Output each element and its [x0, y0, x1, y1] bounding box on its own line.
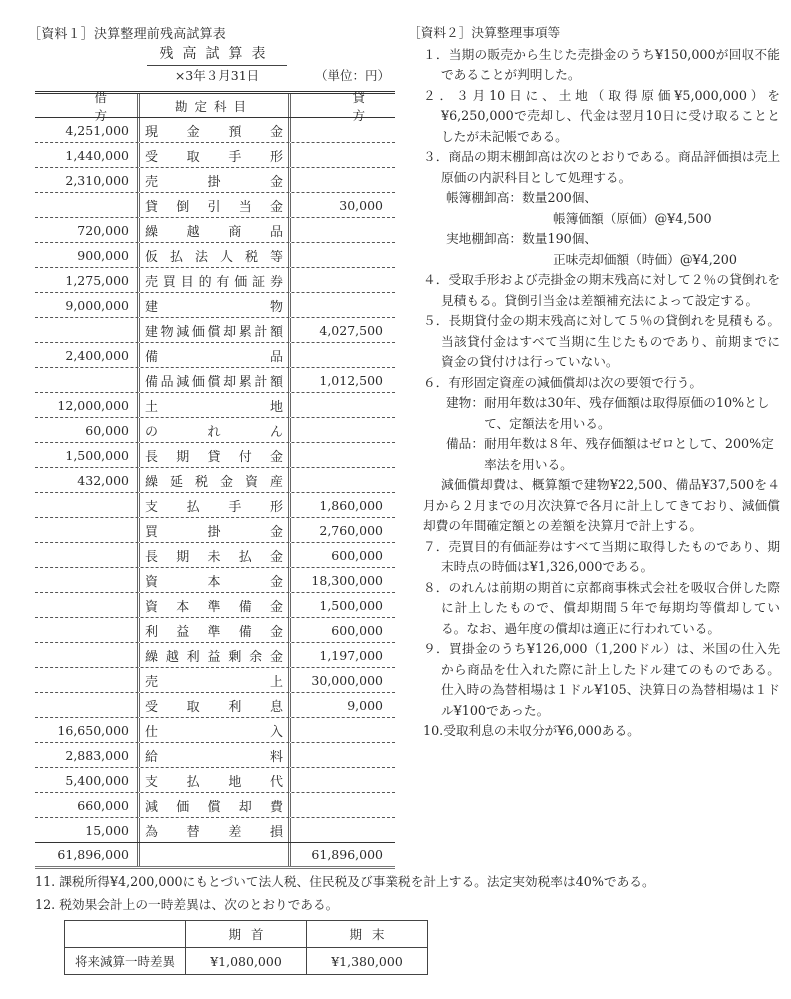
- credit-cell: [291, 293, 395, 317]
- credit-cell: [291, 243, 395, 267]
- note-text: 有形固定資産の減価償却は次の要領で行う。: [448, 375, 702, 390]
- account-cell: 備品: [137, 343, 291, 367]
- table-row: 660,000減価償却費: [35, 793, 395, 818]
- credit-cell: 600,000: [291, 618, 395, 642]
- credit-cell: [291, 743, 395, 767]
- subitem-line2: 正味売却価額（時価）@¥4,200: [446, 250, 780, 271]
- table-row: 12,000,000土地: [35, 393, 395, 418]
- debit-cell: 1,275,000: [35, 268, 137, 292]
- note-text: 受取手形および売掛金の期末残高に対して２％の貸倒れを見積もる。貸倒引当金は差額補…: [441, 272, 780, 308]
- table-row: 2,883,000給料: [35, 743, 395, 768]
- account-name: 減価償却費: [145, 796, 283, 815]
- table-row: 5,400,000支払地代: [35, 768, 395, 793]
- account-cell: 繰越利益剰余金: [137, 643, 291, 667]
- credit-cell: [291, 443, 395, 467]
- total-account: [137, 843, 291, 866]
- debit-cell: 660,000: [35, 793, 137, 817]
- material2-heading: ［資料２］決算整理事項等: [408, 23, 780, 44]
- table-row: 16,650,000仕入: [35, 718, 395, 743]
- debit-cell: [35, 668, 137, 692]
- account-cell: 長期貸付金: [137, 443, 291, 467]
- account-cell: 繰越商品: [137, 218, 291, 242]
- note-item-5: ５．長期貸付金の期末残高に対して５％の貸倒れを見積もる。当該貸付金はすべて当期に…: [408, 311, 780, 373]
- debit-cell: [35, 518, 137, 542]
- table-row: 繰越利益剰余金1,197,000: [35, 643, 395, 668]
- note-number: ８．: [423, 580, 449, 595]
- account-cell: 土地: [137, 393, 291, 417]
- debit-cell: 15,000: [35, 818, 137, 842]
- credit-cell: [291, 393, 395, 417]
- diff-row-label: 将来減算一時差異: [65, 948, 186, 975]
- subitem-line1: 耐用年数は30年、残存価額は取得原価の10%として、定額法を用いる。: [484, 393, 780, 434]
- account-name: 貸倒引当金: [145, 196, 283, 215]
- note-paragraph: 減価償却費は、概算額で建物¥22,500、備品¥37,500を４月から２月までの…: [408, 475, 780, 537]
- table-row: 長期未払金600,000: [35, 543, 395, 568]
- credit-cell: [291, 468, 395, 492]
- account-cell: 買掛金: [137, 518, 291, 542]
- debit-cell: 2,400,000: [35, 343, 137, 367]
- account-cell: 受取利息: [137, 693, 291, 717]
- credit-cell: 2,760,000: [291, 518, 395, 542]
- total-debit: 61,896,000: [35, 843, 137, 866]
- account-name: 資本準備金: [145, 596, 283, 615]
- note-item-6: ６．有形固定資産の減価償却は次の要領で行う。: [408, 373, 780, 394]
- credit-cell: [291, 718, 395, 742]
- table-row: 備品減価償却累計額1,012,500: [35, 368, 395, 393]
- account-name: 長期未払金: [145, 546, 283, 565]
- debit-cell: [35, 193, 137, 217]
- note-subitem: 備品：耐用年数は８年、残存価額はゼロとして、200%定率法を用いる。: [408, 434, 780, 475]
- note-text: 受取利息の未収分が¥6,000ある。: [443, 723, 640, 738]
- material2-notes: ［資料２］決算整理事項等 １．当期の販売から生じた売掛金のうち¥150,000が…: [408, 23, 780, 742]
- note-number: ３．: [423, 149, 449, 164]
- table-row: 1,440,000受取手形: [35, 143, 395, 168]
- account-name: 資本金: [145, 571, 283, 590]
- credit-cell: 600,000: [291, 543, 395, 567]
- debit-cell: 2,310,000: [35, 168, 137, 192]
- note-item-9: ９．買掛金のうち¥126,000（1,200ドル）は、米国の仕入先から商品を仕入…: [408, 639, 780, 721]
- debit-cell: 5,400,000: [35, 768, 137, 792]
- credit-cell: [291, 118, 395, 142]
- table-header: 借方 勘定科目 貸方: [35, 94, 395, 118]
- debit-cell: 2,883,000: [35, 743, 137, 767]
- account-cell: 長期未払金: [137, 543, 291, 567]
- note-number: ９．: [423, 641, 449, 656]
- account-name: 売掛金: [145, 171, 283, 190]
- note-item-12: 12. 税効果会計上の一時差異は、次のとおりである。: [35, 893, 655, 916]
- diff-row-beginning: ¥1,080,000: [186, 948, 307, 975]
- account-cell: のれん: [137, 418, 291, 442]
- credit-cell: 18,300,000: [291, 568, 395, 592]
- note-text: 買掛金のうち¥126,000（1,200ドル）は、米国の仕入先から商品を仕入れた…: [441, 641, 780, 718]
- account-name: 売上: [145, 671, 283, 690]
- debit-cell: [35, 368, 137, 392]
- account-name: 繰延税金資産: [145, 471, 283, 490]
- account-name: 建物減価償却累計額: [145, 321, 283, 340]
- subitem-label: 帳簿棚卸高：: [446, 188, 522, 209]
- note-item-7: ７．売買目的有価証券はすべて当期に取得したものであり、期末時点の時価は¥1,32…: [408, 537, 780, 578]
- account-cell: 売掛金: [137, 168, 291, 192]
- account-cell: 建物減価償却累計額: [137, 318, 291, 342]
- diff-table-header: 期首 期末: [65, 921, 428, 948]
- account-cell: 現金預金: [137, 118, 291, 142]
- account-cell: 売買目的有価証券: [137, 268, 291, 292]
- debit-cell: [35, 318, 137, 342]
- diff-table-row: 将来減算一時差異 ¥1,080,000 ¥1,380,000: [65, 948, 428, 975]
- account-cell: 減価償却費: [137, 793, 291, 817]
- account-name: 支払手形: [145, 496, 283, 515]
- note-text: 長期貸付金の期末残高に対して５％の貸倒れを見積もる。当該貸付金はすべて当期に生じ…: [441, 313, 780, 369]
- debit-cell: [35, 593, 137, 617]
- note-number: ５．: [423, 313, 449, 328]
- subitem-label: 備品：: [446, 434, 484, 475]
- material1-heading: ［資料１］決算整理前残高試算表: [28, 23, 226, 42]
- note-text: のれんは前期の期首に京都商事株式会社を吸収合併した際に計上したもので、償却期間５…: [441, 580, 780, 636]
- subitem-line1: 数量200個、: [522, 188, 780, 209]
- note-text: 当期の販売から生じた売掛金のうち¥150,000が回収不能であることが判明した。: [441, 47, 780, 83]
- account-name: 繰越商品: [145, 221, 283, 240]
- note-number: 10.: [423, 723, 443, 738]
- header-account: 勘定科目: [137, 94, 291, 117]
- credit-cell: 30,000,000: [291, 668, 395, 692]
- table-row: 15,000為替差損: [35, 818, 395, 842]
- credit-cell: 4,027,500: [291, 318, 395, 342]
- table-row: 建物減価償却累計額4,027,500: [35, 318, 395, 343]
- debit-cell: [35, 568, 137, 592]
- trial-balance-unit: （単位：円）: [315, 66, 390, 84]
- debit-cell: 900,000: [35, 243, 137, 267]
- account-name: 受取利息: [145, 696, 283, 715]
- account-cell: 資本金: [137, 568, 291, 592]
- table-row: 支払手形1,860,000: [35, 493, 395, 518]
- table-row: 2,310,000売掛金: [35, 168, 395, 193]
- debit-cell: [35, 618, 137, 642]
- table-row: 資本準備金1,500,000: [35, 593, 395, 618]
- table-row: 720,000繰越商品: [35, 218, 395, 243]
- account-name: 給料: [145, 746, 283, 765]
- account-cell: 建物: [137, 293, 291, 317]
- note-number: 12.: [35, 897, 55, 912]
- diff-header-ending: 期末: [307, 921, 428, 948]
- account-cell: 給料: [137, 743, 291, 767]
- note-item-1: １．当期の販売から生じた売掛金のうち¥150,000が回収不能であることが判明し…: [408, 45, 780, 86]
- debit-cell: 60,000: [35, 418, 137, 442]
- debit-cell: 1,500,000: [35, 443, 137, 467]
- debit-cell: [35, 493, 137, 517]
- account-name: 為替差損: [145, 821, 283, 840]
- note-text: 売買目的有価証券はすべて当期に取得したものであり、期末時点の時価は¥1,326,…: [441, 539, 780, 575]
- account-name: 備品減価償却累計額: [145, 371, 283, 390]
- account-name: 買掛金: [145, 521, 283, 540]
- account-name: 売買目的有価証券: [145, 271, 283, 290]
- note-text: ３月10日に、土地（取得原価¥5,000,000）を¥6,250,000で売却し…: [441, 88, 780, 144]
- trial-balance-table: 借方 勘定科目 貸方 4,251,000現金預金1,440,000受取手形2,3…: [35, 91, 395, 869]
- trial-balance-date: ×3年３月31日: [147, 66, 287, 84]
- debit-cell: [35, 693, 137, 717]
- account-name: 建物: [145, 296, 283, 315]
- table-row: 1,275,000売買目的有価証券: [35, 268, 395, 293]
- note-number: ２．: [423, 88, 456, 103]
- account-cell: 資本準備金: [137, 593, 291, 617]
- note-item-8: ８．のれんは前期の期首に京都商事株式会社を吸収合併した際に計上したもので、償却期…: [408, 578, 780, 640]
- credit-cell: 1,500,000: [291, 593, 395, 617]
- note-number: ７．: [423, 539, 449, 554]
- account-cell: 備品減価償却累計額: [137, 368, 291, 392]
- credit-cell: [291, 168, 395, 192]
- note-subitem: 建物：耐用年数は30年、残存価額は取得原価の10%として、定額法を用いる。: [408, 393, 780, 434]
- note-subitem: 実地棚卸高：数量190個、正味売却価額（時価）@¥4,200: [408, 229, 780, 270]
- note-subitem: 帳簿棚卸高：数量200個、帳簿価額（原価）@¥4,500: [408, 188, 780, 229]
- note-text: 税効果会計上の一時差異は、次のとおりである。: [59, 897, 338, 912]
- account-name: 長期貸付金: [145, 446, 283, 465]
- note-item-4: ４．受取手形および売掛金の期末残高に対して２％の貸倒れを見積もる。貸倒引当金は差…: [408, 270, 780, 311]
- account-name: 支払地代: [145, 771, 283, 790]
- subitem-label: 実地棚卸高：: [446, 229, 522, 250]
- table-row: 受取利息9,000: [35, 693, 395, 718]
- table-row: 60,000のれん: [35, 418, 395, 443]
- debit-cell: 12,000,000: [35, 393, 137, 417]
- trial-balance-title: 残高試算表: [147, 43, 287, 66]
- temporary-difference-table: 期首 期末 将来減算一時差異 ¥1,080,000 ¥1,380,000: [64, 920, 428, 975]
- notes-list: １．当期の販売から生じた売掛金のうち¥150,000が回収不能であることが判明し…: [408, 45, 780, 742]
- account-cell: 貸倒引当金: [137, 193, 291, 217]
- credit-cell: [291, 818, 395, 842]
- table-row: 売上30,000,000: [35, 668, 395, 693]
- account-name: 利益準備金: [145, 621, 283, 640]
- diff-header-blank: [65, 921, 186, 948]
- account-name: 繰越利益剰余金: [145, 646, 283, 665]
- account-cell: 利益準備金: [137, 618, 291, 642]
- header-credit: 貸方: [291, 94, 395, 117]
- account-name: 現金預金: [145, 121, 283, 140]
- account-name: のれん: [145, 421, 283, 440]
- credit-cell: [291, 768, 395, 792]
- debit-cell: 16,650,000: [35, 718, 137, 742]
- credit-cell: [291, 343, 395, 367]
- table-body: 4,251,000現金預金1,440,000受取手形2,310,000売掛金貸倒…: [35, 118, 395, 842]
- debit-cell: 4,251,000: [35, 118, 137, 142]
- credit-cell: 1,012,500: [291, 368, 395, 392]
- note-number: ４．: [423, 272, 449, 287]
- table-row: 4,251,000現金預金: [35, 118, 395, 143]
- note-text: 課税所得¥4,200,000にもとづいて法人税、住民税及び事業税を計上する。法定…: [59, 874, 654, 889]
- account-name: 備品: [145, 346, 283, 365]
- account-cell: 支払手形: [137, 493, 291, 517]
- table-total-row: 61,896,000 61,896,000: [35, 842, 395, 869]
- account-cell: 仮払法人税等: [137, 243, 291, 267]
- credit-cell: [291, 218, 395, 242]
- table-row: 432,000繰延税金資産: [35, 468, 395, 493]
- account-name: 仕入: [145, 721, 283, 740]
- credit-cell: [291, 268, 395, 292]
- note-number: １．: [423, 47, 449, 62]
- table-row: 900,000仮払法人税等: [35, 243, 395, 268]
- credit-cell: 30,000: [291, 193, 395, 217]
- note-number: 11.: [35, 874, 55, 889]
- table-row: 9,000,000建物: [35, 293, 395, 318]
- debit-cell: 432,000: [35, 468, 137, 492]
- credit-cell: [291, 143, 395, 167]
- account-name: 土地: [145, 396, 283, 415]
- credit-cell: 1,197,000: [291, 643, 395, 667]
- debit-cell: 720,000: [35, 218, 137, 242]
- account-name: 仮払法人税等: [145, 246, 283, 265]
- account-cell: 売上: [137, 668, 291, 692]
- table-row: 2,400,000備品: [35, 343, 395, 368]
- debit-cell: [35, 643, 137, 667]
- diff-row-ending: ¥1,380,000: [307, 948, 428, 975]
- table-row: 1,500,000長期貸付金: [35, 443, 395, 468]
- credit-cell: [291, 793, 395, 817]
- subitem-label: 建物：: [446, 393, 484, 434]
- header-debit: 借方: [35, 94, 137, 117]
- note-item-3: ３．商品の期末棚卸高は次のとおりである。商品評価損は売上原価の内訳科目として処理…: [408, 147, 780, 188]
- credit-cell: 9,000: [291, 693, 395, 717]
- total-credit: 61,896,000: [291, 843, 395, 866]
- bottom-notes: 11. 課税所得¥4,200,000にもとづいて法人税、住民税及び事業税を計上す…: [35, 870, 655, 916]
- table-row: 利益準備金600,000: [35, 618, 395, 643]
- debit-cell: 1,440,000: [35, 143, 137, 167]
- account-cell: 支払地代: [137, 768, 291, 792]
- debit-cell: 9,000,000: [35, 293, 137, 317]
- account-cell: 受取手形: [137, 143, 291, 167]
- credit-cell: [291, 418, 395, 442]
- note-number: ６．: [423, 375, 448, 390]
- note-item-11: 11. 課税所得¥4,200,000にもとづいて法人税、住民税及び事業税を計上す…: [35, 870, 655, 893]
- note-text: 商品の期末棚卸高は次のとおりである。商品評価損は売上原価の内訳科目として処理する…: [441, 149, 780, 185]
- debit-cell: [35, 543, 137, 567]
- account-cell: 仕入: [137, 718, 291, 742]
- subitem-line1: 数量190個、: [522, 229, 780, 250]
- subitem-line2: 帳簿価額（原価）@¥4,500: [446, 209, 780, 230]
- table-row: 貸倒引当金30,000: [35, 193, 395, 218]
- account-name: 受取手形: [145, 146, 283, 165]
- note-item-2: ２．３月10日に、土地（取得原価¥5,000,000）を¥6,250,000で売…: [408, 86, 780, 148]
- account-cell: 繰延税金資産: [137, 468, 291, 492]
- credit-cell: 1,860,000: [291, 493, 395, 517]
- diff-header-beginning: 期首: [186, 921, 307, 948]
- table-row: 買掛金2,760,000: [35, 518, 395, 543]
- account-cell: 為替差損: [137, 818, 291, 842]
- note-item-10: 10.受取利息の未収分が¥6,000ある。: [408, 721, 780, 742]
- subitem-line1: 耐用年数は８年、残存価額はゼロとして、200%定率法を用いる。: [484, 434, 780, 475]
- table-row: 資本金18,300,000: [35, 568, 395, 593]
